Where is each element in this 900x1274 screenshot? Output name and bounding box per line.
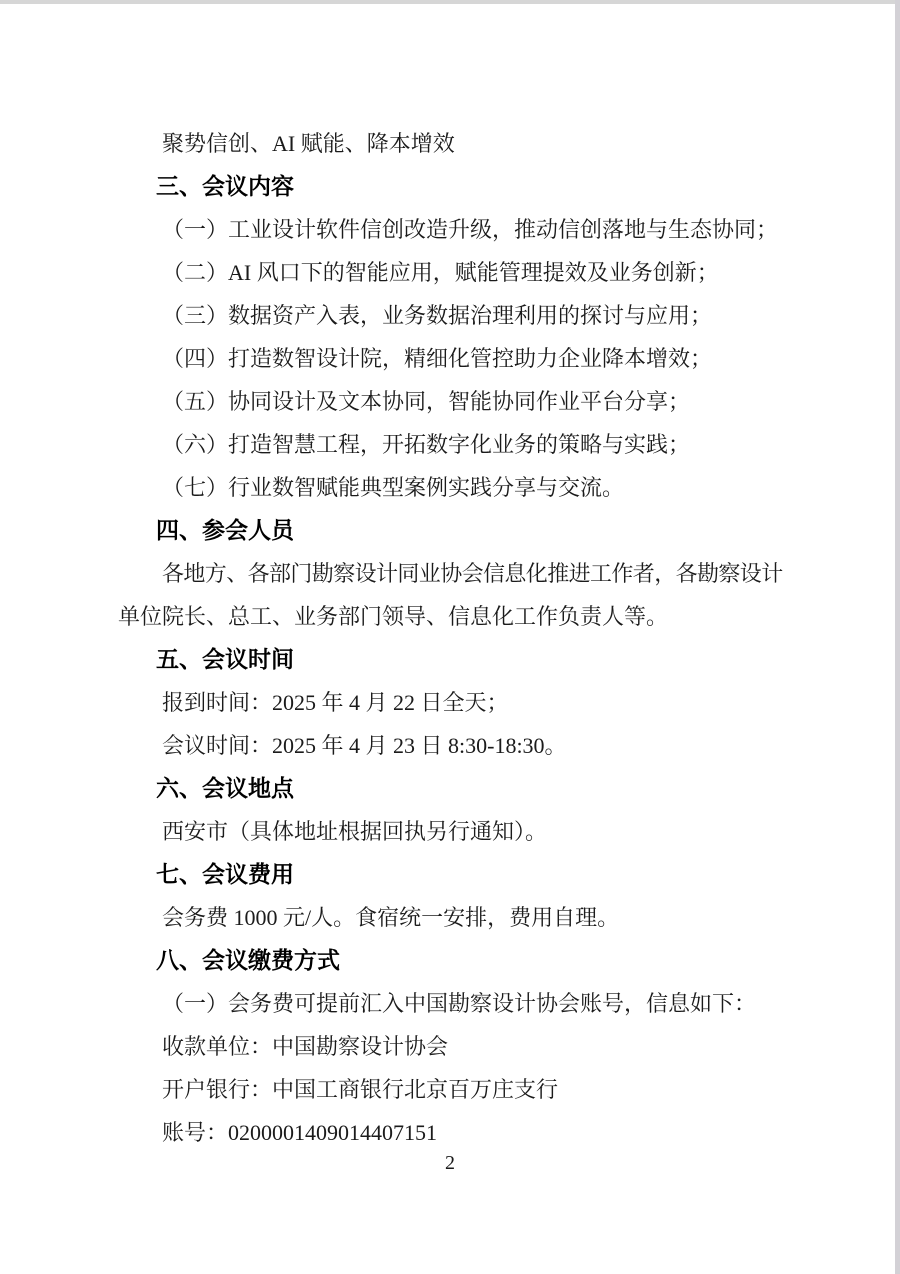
- agenda-item-7: （七）行业数智赋能典型案例实践分享与交流。: [118, 466, 782, 509]
- viewer-top-border: [0, 0, 900, 4]
- meeting-time-line: 会议时间：2025 年 4 月 23 日 8:30-18:30。: [118, 724, 782, 767]
- agenda-item-5: （五）协同设计及文本协同，智能协同作业平台分享；: [118, 380, 782, 423]
- location-line: 西安市（具体地址根据回执另行通知）。: [118, 810, 782, 853]
- page-number: 2: [0, 1146, 900, 1180]
- fee-line: 会务费 1000 元/人。食宿统一安排，费用自理。: [118, 896, 782, 939]
- document-page: 聚势信创、AI 赋能、降本增效 三、会议内容 （一）工业设计软件信创改造升级，推…: [118, 122, 782, 1154]
- heading-section-6: 六、会议地点: [118, 767, 782, 810]
- participants-line-1: 各地方、各部门勘察设计同业协会信息化推进工作者，各勘察设计: [118, 552, 782, 595]
- slogan-line: 聚势信创、AI 赋能、降本增效: [118, 122, 782, 165]
- viewer-right-border: [895, 0, 900, 1274]
- agenda-item-1: （一）工业设计软件信创改造升级，推动信创落地与生态协同；: [118, 208, 782, 251]
- agenda-item-2: （二）AI 风口下的智能应用，赋能管理提效及业务创新；: [118, 251, 782, 294]
- agenda-item-3: （三）数据资产入表，业务数据治理利用的探讨与应用；: [118, 294, 782, 337]
- agenda-item-6: （六）打造智慧工程，开拓数字化业务的策略与实践；: [118, 423, 782, 466]
- heading-section-5: 五、会议时间: [118, 638, 782, 681]
- participants-line-2: 单位院长、总工、业务部门领导、信息化工作负责人等。: [118, 595, 782, 638]
- heading-section-8: 八、会议缴费方式: [118, 939, 782, 982]
- payee-line: 收款单位：中国勘察设计协会: [118, 1025, 782, 1068]
- heading-section-3: 三、会议内容: [118, 165, 782, 208]
- heading-section-4: 四、参会人员: [118, 509, 782, 552]
- bank-line: 开户银行：中国工商银行北京百万庄支行: [118, 1068, 782, 1111]
- payment-intro-line: （一）会务费可提前汇入中国勘察设计协会账号，信息如下：: [118, 982, 782, 1025]
- heading-section-7: 七、会议费用: [118, 853, 782, 896]
- agenda-item-4: （四）打造数智设计院，精细化管控助力企业降本增效；: [118, 337, 782, 380]
- checkin-time-line: 报到时间：2025 年 4 月 22 日全天；: [118, 681, 782, 724]
